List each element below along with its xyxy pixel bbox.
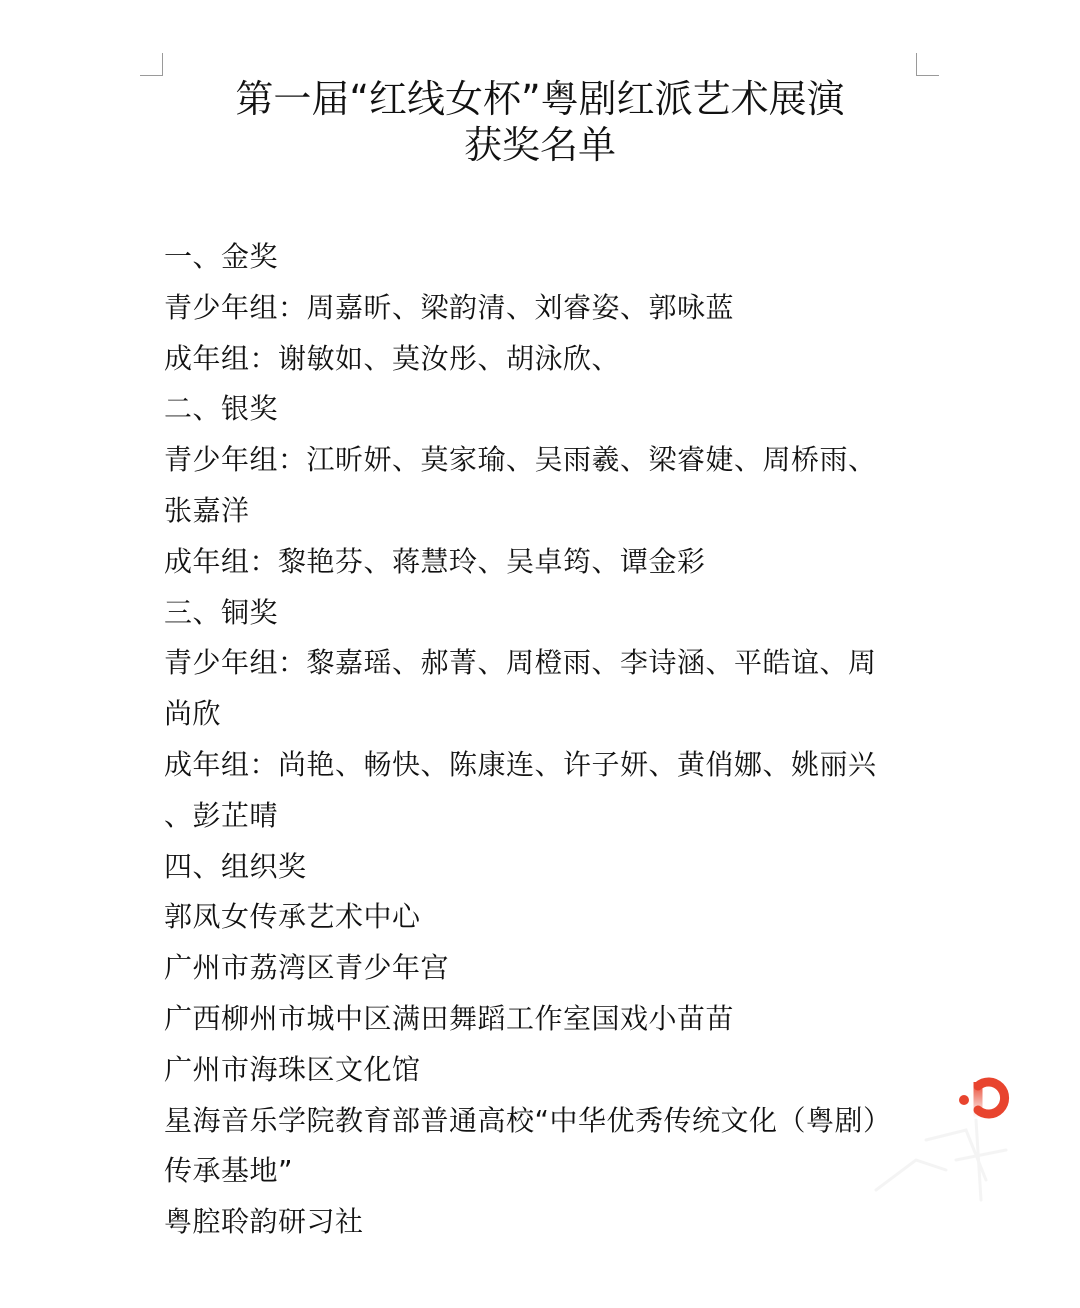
page-corner-mark-top-left — [140, 53, 163, 76]
section-heading-bronze: 三、铜奖 — [164, 588, 924, 639]
silver-youth-winners-cont: 张嘉洋 — [164, 486, 924, 537]
organization-item: 广州市海珠区文化馆 — [164, 1045, 924, 1096]
bronze-adult-winners: 成年组：尚艳、畅快、陈康连、许子妍、黄俏娜、姚丽兴 — [164, 740, 924, 791]
watermark-faint-text — [856, 1100, 1016, 1210]
organization-item: 郭凤女传承艺术中心 — [164, 892, 924, 943]
bronze-adult-winners-cont: 、彭芷晴 — [164, 791, 924, 842]
bronze-youth-winners: 青少年组：黎嘉瑶、郝菁、周橙雨、李诗涵、平皓谊、周 — [164, 638, 924, 689]
organization-item: 星海音乐学院教育部普通高校“中华优秀传统文化（粤剧） — [164, 1096, 924, 1147]
silver-youth-winners: 青少年组：江昕妍、莫家瑜、吴雨羲、梁睿婕、周桥雨、 — [164, 435, 924, 486]
organization-item: 广西柳州市城中区满田舞蹈工作室国戏小苗苗 — [164, 994, 924, 1045]
section-heading-gold: 一、金奖 — [164, 232, 924, 283]
organization-item: 广州市荔湾区青少年宫 — [164, 943, 924, 994]
document-title: 第一届“红线女杯”粤剧红派艺术展演 获奖名单 — [0, 76, 1080, 168]
organization-item-cont: 传承基地” — [164, 1146, 924, 1197]
award-list: 一、金奖 青少年组：周嘉昕、梁韵清、刘睿姿、郭咏蓝 成年组：谢敏如、莫汝彤、胡泳… — [164, 232, 924, 1248]
page-corner-mark-top-right — [916, 53, 939, 76]
bronze-youth-winners-cont: 尚欣 — [164, 689, 924, 740]
gold-youth-winners: 青少年组：周嘉昕、梁韵清、刘睿姿、郭咏蓝 — [164, 283, 924, 334]
section-heading-silver: 二、银奖 — [164, 384, 924, 435]
organization-item: 粤腔聆韵研习社 — [164, 1197, 924, 1248]
section-heading-organization: 四、组织奖 — [164, 842, 924, 893]
silver-adult-winners: 成年组：黎艳芬、蒋慧玲、吴卓筠、谭金彩 — [164, 537, 924, 588]
gold-adult-winners: 成年组：谢敏如、莫汝彤、胡泳欣、 — [164, 334, 924, 385]
document-page: 第一届“红线女杯”粤剧红派艺术展演 获奖名单 一、金奖 青少年组：周嘉昕、梁韵清… — [0, 0, 1080, 1308]
title-line-main: 第一届“红线女杯”粤剧红派艺术展演 — [0, 76, 1080, 122]
title-line-sub: 获奖名单 — [0, 122, 1080, 168]
